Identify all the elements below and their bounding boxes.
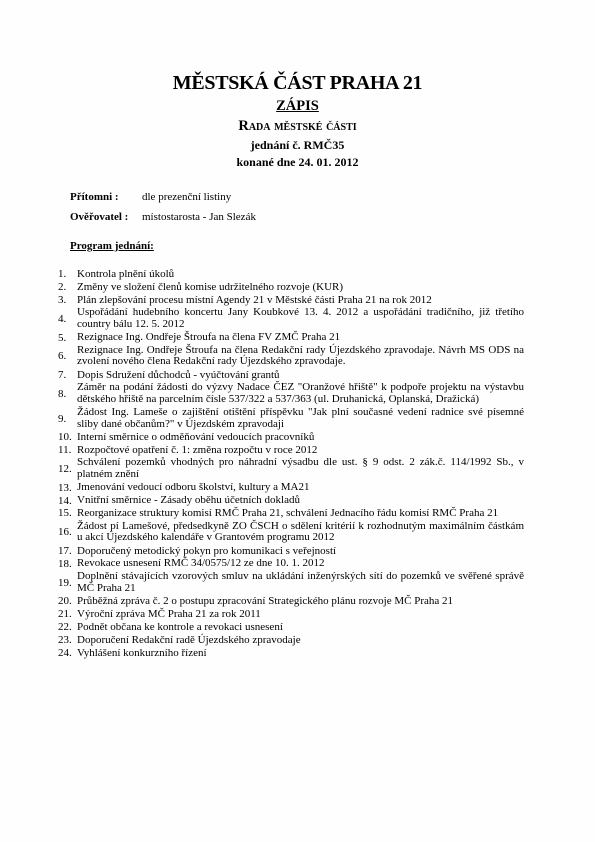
document-page: MĚSTSKÁ ČÁST PRAHA 21 ZÁPIS Rada městské… (0, 0, 595, 842)
verifier-value: místostarosta - Jan Slezák (142, 211, 256, 223)
present-row: Přítomni :dle prezenční listiny (70, 191, 231, 203)
council-heading: Rada městské části (0, 118, 595, 135)
present-value: dle prezenční listiny (142, 191, 231, 203)
agenda-item-number: 17. (56, 545, 77, 557)
agenda-item-number: 14. (56, 495, 77, 507)
agenda-item-number: 13. (56, 482, 77, 494)
agenda-item-text: Reorganizace struktury komisí RMČ Praha … (77, 507, 524, 520)
agenda-item: 19.Doplnění stávajících vzorových smluv … (56, 570, 524, 595)
agenda-item-text: Kontrola plnění úkolů (77, 268, 524, 281)
agenda-item-number: 23. (56, 634, 77, 646)
agenda-item: 21.Výroční zpráva MČ Praha 21 za rok 201… (56, 608, 524, 621)
agenda-item-number: 11. (56, 444, 77, 456)
agenda-item-text: Revokace usnesení RMČ 34/0575/12 ze dne … (77, 557, 524, 570)
agenda-item-text: Interní směrnice o odměňování vedoucích … (77, 431, 524, 444)
agenda-item-number: 18. (56, 558, 77, 570)
verifier-label: Ověřovatel : (70, 211, 130, 223)
agenda-item: 2.Změny ve složení členů komise udržitel… (56, 281, 524, 294)
agenda-item: 3.Plán zlepšování procesu místní Agendy … (56, 294, 524, 307)
agenda-item-text: Uspořádání hudebního koncertu Jany Koubk… (77, 307, 524, 332)
agenda-item: 16.Žádost pí Lamešové, předsedkyně ZO ČS… (56, 520, 524, 545)
agenda-item-text: Rezignace Ing. Ondřeje Štroufa na člena … (77, 331, 524, 344)
agenda-item-text: Doporučený metodický pokyn pro komunikac… (77, 545, 524, 558)
agenda-item-number: 2. (56, 281, 77, 293)
agenda-item-number: 12. (56, 463, 77, 475)
agenda-item: 10.Interní směrnice o odměňování vedoucí… (56, 431, 524, 444)
agenda-item: 23.Doporučení Redakční radě Újezdského z… (56, 634, 524, 647)
agenda-item: 1.Kontrola plnění úkolů (56, 268, 524, 281)
agenda-item-number: 24. (56, 647, 77, 659)
agenda-list: 1.Kontrola plnění úkolů2.Změny ve složen… (56, 268, 524, 659)
document-title: MĚSTSKÁ ČÁST PRAHA 21 (0, 72, 595, 95)
agenda-item-number: 3. (56, 294, 77, 306)
agenda-item-text: Plán zlepšování procesu místní Agendy 21… (77, 294, 524, 307)
agenda-item-text: Rozpočtové opatření č. 1: změna rozpočtu… (77, 444, 524, 457)
agenda-item: 8.Záměr na podání žádosti do výzvy Nadac… (56, 382, 524, 407)
agenda-item: 9.Žádost Ing. Lameše o zajištění otištěn… (56, 406, 524, 431)
agenda-item: 15.Reorganizace struktury komisí RMČ Pra… (56, 507, 524, 520)
agenda-item-text: Podnět občana ke kontrole a revokaci usn… (77, 621, 524, 634)
agenda-item: 5.Rezignace Ing. Ondřeje Štroufa na člen… (56, 331, 524, 344)
agenda-item-number: 4. (56, 313, 77, 325)
agenda-item-number: 15. (56, 507, 77, 519)
agenda-item-text: Jmenování vedoucí odboru školství, kultu… (77, 481, 524, 494)
agenda-item-number: 20. (56, 595, 77, 607)
agenda-item-number: 7. (56, 369, 77, 381)
agenda-item: 12.Schválení pozemků vhodných pro náhrad… (56, 457, 524, 482)
agenda-item-number: 8. (56, 388, 77, 400)
agenda-item-text: Žádost Ing. Lameše o zajištění otištění … (77, 406, 524, 431)
agenda-item-text: Vyhlášení konkurzního řízení (77, 647, 524, 660)
agenda-item-number: 19. (56, 577, 77, 589)
verifier-row: Ověřovatel :místostarosta - Jan Slezák (70, 211, 256, 223)
agenda-item-text: Změny ve složení členů komise udržitelné… (77, 281, 524, 294)
agenda-item: 17.Doporučený metodický pokyn pro komuni… (56, 545, 524, 558)
agenda-item-text: Vnitřní směrnice - Zásady oběhu účetních… (77, 494, 524, 507)
agenda-item-number: 6. (56, 350, 77, 362)
agenda-item: 11.Rozpočtové opatření č. 1: změna rozpo… (56, 444, 524, 457)
agenda-item-number: 9. (56, 413, 77, 425)
program-heading: Program jednání: (70, 240, 154, 252)
agenda-item-text: Průběžná zpráva č. 2 o postupu zpracován… (77, 595, 524, 608)
agenda-item-text: Žádost pí Lamešové, předsedkyně ZO ČSCH … (77, 520, 524, 545)
meeting-number: jednání č. RMČ35 (0, 138, 595, 153)
present-label: Přítomni : (70, 191, 130, 203)
agenda-item: 7.Dopis Sdružení důchodců - vyúčtování g… (56, 369, 524, 382)
agenda-item-text: Výroční zpráva MČ Praha 21 za rok 2011 (77, 608, 524, 621)
meeting-date: konané dne 24. 01. 2012 (0, 155, 595, 170)
agenda-item-text: Rezignace Ing. Ondřeje Štroufa na člena … (77, 344, 524, 369)
agenda-item: 24.Vyhlášení konkurzního řízení (56, 647, 524, 660)
agenda-item-number: 5. (56, 332, 77, 344)
agenda-item-number: 10. (56, 431, 77, 443)
agenda-item-text: Doporučení Redakční radě Újezdského zpra… (77, 634, 524, 647)
agenda-item: 14.Vnitřní směrnice - Zásady oběhu účetn… (56, 494, 524, 507)
agenda-item-number: 21. (56, 608, 77, 620)
agenda-item-text: Schválení pozemků vhodných pro náhradní … (77, 457, 524, 482)
agenda-item: 13.Jmenování vedoucí odboru školství, ku… (56, 481, 524, 494)
agenda-item-number: 22. (56, 621, 77, 633)
agenda-item-text: Doplnění stávajících vzorových smluv na … (77, 570, 524, 595)
agenda-item: 6.Rezignace Ing. Ondřeje Štroufa na člen… (56, 344, 524, 369)
document-subtitle: ZÁPIS (0, 98, 595, 115)
agenda-item: 4.Uspořádání hudebního koncertu Jany Kou… (56, 307, 524, 332)
agenda-item-text: Dopis Sdružení důchodců - vyúčtování gra… (77, 369, 524, 382)
agenda-item-number: 16. (56, 526, 77, 538)
agenda-item: 20.Průběžná zpráva č. 2 o postupu zpraco… (56, 595, 524, 608)
agenda-item-text: Záměr na podání žádosti do výzvy Nadace … (77, 382, 524, 407)
agenda-item: 22.Podnět občana ke kontrole a revokaci … (56, 621, 524, 634)
agenda-item: 18.Revokace usnesení RMČ 34/0575/12 ze d… (56, 557, 524, 570)
agenda-item-number: 1. (56, 268, 77, 280)
